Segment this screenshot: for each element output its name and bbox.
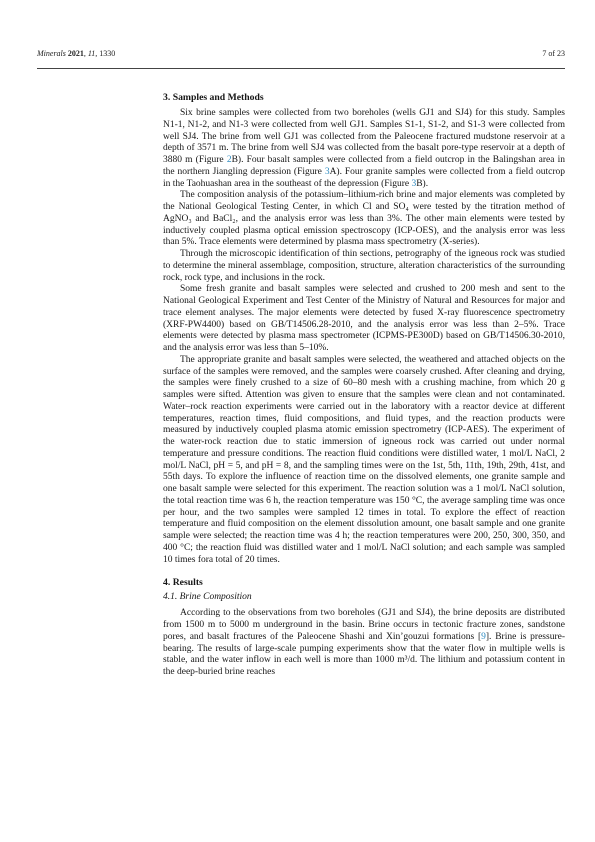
journal-citation: Minerals 2021, 11, 1330 [37,49,115,58]
subsection-heading-brine-composition: 4.1. Brine Composition [163,591,565,603]
article-number: , 1330 [95,49,115,58]
paragraph-results-1: According to the observations from two b… [163,608,565,679]
paragraph-samples-5: The appropriate granite and basalt sampl… [163,355,565,567]
paragraph-samples-3: Through the microscopic identification o… [163,249,565,284]
page-number: 7 of 23 [542,49,565,58]
paragraph-samples-2: The composition analysis of the potassiu… [163,190,565,249]
body-text: B). [416,179,428,189]
section-heading-results: 4. Results [163,577,565,589]
document-page: Minerals 2021, 11, 1330 7 of 23 3. Sampl… [0,0,595,842]
paragraph-samples-4: Some fresh granite and basalt samples we… [163,284,565,355]
header-divider [37,68,565,69]
page-body: 3. Samples and Methods Six brine samples… [163,92,565,679]
journal-name: Minerals [37,49,68,58]
journal-year: 2021 [68,49,84,58]
paragraph-samples-1: Six brine samples were collected from tw… [163,108,565,190]
page-header: Minerals 2021, 11, 1330 7 of 23 [37,49,565,58]
section-heading-samples-methods: 3. Samples and Methods [163,92,565,104]
